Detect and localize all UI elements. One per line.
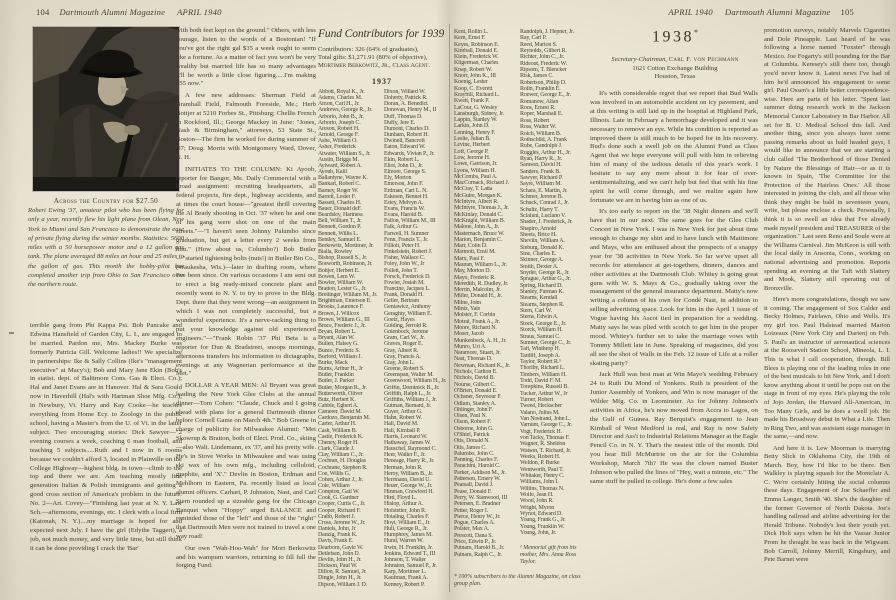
- class-1938-column-2-item: Here's more congratulations, though we s…: [764, 296, 890, 442]
- officer-address-line2: Houston, Texas: [582, 73, 768, 82]
- class-1938-column-1: It's with considerable regret that we re…: [590, 90, 758, 590]
- class-1938-footnote-mark: *: [694, 28, 698, 37]
- photo-caption-body: Robert Ewing '37, amateur pilot who has …: [28, 206, 184, 316]
- left-issue-date: APRIL 1940: [177, 7, 222, 17]
- fund-names-column-1: Abbott, Royal K., Jr.Adams, Charles M.Am…: [318, 89, 382, 589]
- left-column-2-item: DOLLAR A YEAR MEN: Al Bryant was great l…: [176, 382, 316, 542]
- fund-stats: Contributors: 326 (64% of graduates), To…: [318, 46, 450, 71]
- officer-address-line1: 1621 Cotton Exchange Building: [582, 65, 768, 74]
- right-running-head: APRIL 1940Dartmouth Alumni Magazine105: [556, 7, 854, 17]
- photo-caption-title: Across the Country for $27.50: [24, 197, 188, 205]
- left-column-2-item: Our own "Wah-Hoo-Wah" for Mort Berkowitz…: [176, 545, 316, 572]
- right-page-number: 105: [841, 7, 855, 17]
- fund-names-column-2-item: Griffin, Dominick B., Jr.: [384, 385, 448, 391]
- magazine-spread: 104Dartmouth Alumni MagazineAPRIL 1940 A…: [0, 0, 896, 600]
- fund-names-column-4: Randolph, J. Hepner, Jr.Ray, Carl P.Reed…: [520, 29, 592, 541]
- pilot-photo-art: [33, 27, 179, 191]
- page-gutter-rule: [449, 24, 450, 592]
- right-issue-date: APRIL 1940: [668, 7, 713, 17]
- fund-class-year: 1937: [318, 77, 446, 86]
- left-column-1: terrible gang from Phi Kappa Psi. Bob Pa…: [30, 322, 182, 588]
- left-column-1-item: terrible gang from Phi Kappa Psi. Bob Pa…: [30, 322, 182, 554]
- class-1938-title: 1938: [652, 28, 694, 45]
- fund-names-column-3-item: Putnam, Ralph C., Jr.: [454, 552, 518, 558]
- fund-names-column-3: Kent, Rollin L.Kern, Ernst F.Keyes, Robi…: [454, 29, 518, 565]
- fund-names-column-2: Dixon, Willard W.Doherty, Patrick R.Dora…: [384, 89, 448, 589]
- left-magazine-title: Dartmouth Alumni Magazine: [60, 7, 166, 17]
- left-page-number: 104: [36, 7, 50, 17]
- fund-names-column-1-item: Dipson, William J. D.: [318, 582, 382, 588]
- fund-names-column-1-item: Bosworth, Robinson, Jr.: [318, 261, 382, 267]
- class-1938-column-1-item: It's too early to report on the '38 Nigh…: [590, 208, 758, 368]
- officer-name: Carl F. von Pechmann: [669, 56, 739, 63]
- fund-class-agent: Mortimer Berkowitz, Jr., Class Agent.: [318, 62, 450, 70]
- fund-title: Fund Contributors for 1939: [318, 28, 444, 40]
- fund-names-column-2-item: Greenwood, William H., Jr.: [384, 378, 448, 384]
- class-1938-column-2-item: And here it is. Lew Moorman is marrying …: [764, 445, 890, 565]
- memorial-footnote: ¹ Memorial gift from his mother, Mrs. An…: [520, 545, 590, 569]
- officer-role: Secretary-Chairman,: [611, 56, 667, 63]
- left-column-2: with both feet kept on the ground." Othe…: [176, 27, 316, 590]
- left-running-head: 104Dartmouth Alumni MagazineAPRIL 1940: [36, 7, 222, 17]
- left-column-2-item: with both feet kept on the ground." Othe…: [176, 27, 316, 89]
- fund-names-column-2-item: Kenney, Robert P.: [384, 582, 448, 588]
- class-1938-column-1-item: Jack Hull was best man at Win Mayo's wed…: [590, 371, 758, 487]
- right-magazine-title: Dartmouth Alumni Magazine: [725, 7, 831, 17]
- scan-speck: [9, 332, 14, 334]
- class-1938-officer-block: Secretary-Chairman, Carl F. von Pechmann…: [582, 56, 768, 82]
- fund-stats-line2: Total gifts: $1,271.91 (80% of objective…: [318, 54, 450, 62]
- pilot-photo: [33, 27, 179, 191]
- class-1938-column-1-item: It's with considerable regret that we re…: [590, 90, 758, 206]
- fund-names-column-3-item: McIntyre, Thomas J., Jr.: [454, 205, 518, 211]
- fund-stats-line1: Contributors: 326 (64% of graduates),: [318, 46, 450, 54]
- class-1938-column-2: promotion surveys, notably Marvels Cigar…: [764, 27, 890, 590]
- fund-names-column-4-item: Young, John, Jr.: [520, 530, 592, 536]
- class-1938-column-2-item: promotion surveys, notably Marvels Cigar…: [764, 27, 890, 293]
- left-column-2-item: A few new addresses: Sherman Field at Br…: [176, 92, 316, 163]
- subscriber-footnote: * 100% subscribers to the Alumni Magazin…: [454, 574, 586, 590]
- class-1938-heading: 1938*: [590, 28, 760, 46]
- left-column-2-item: INITIATES TO THE COLUMN: Ki Ayoob, repor…: [176, 166, 316, 380]
